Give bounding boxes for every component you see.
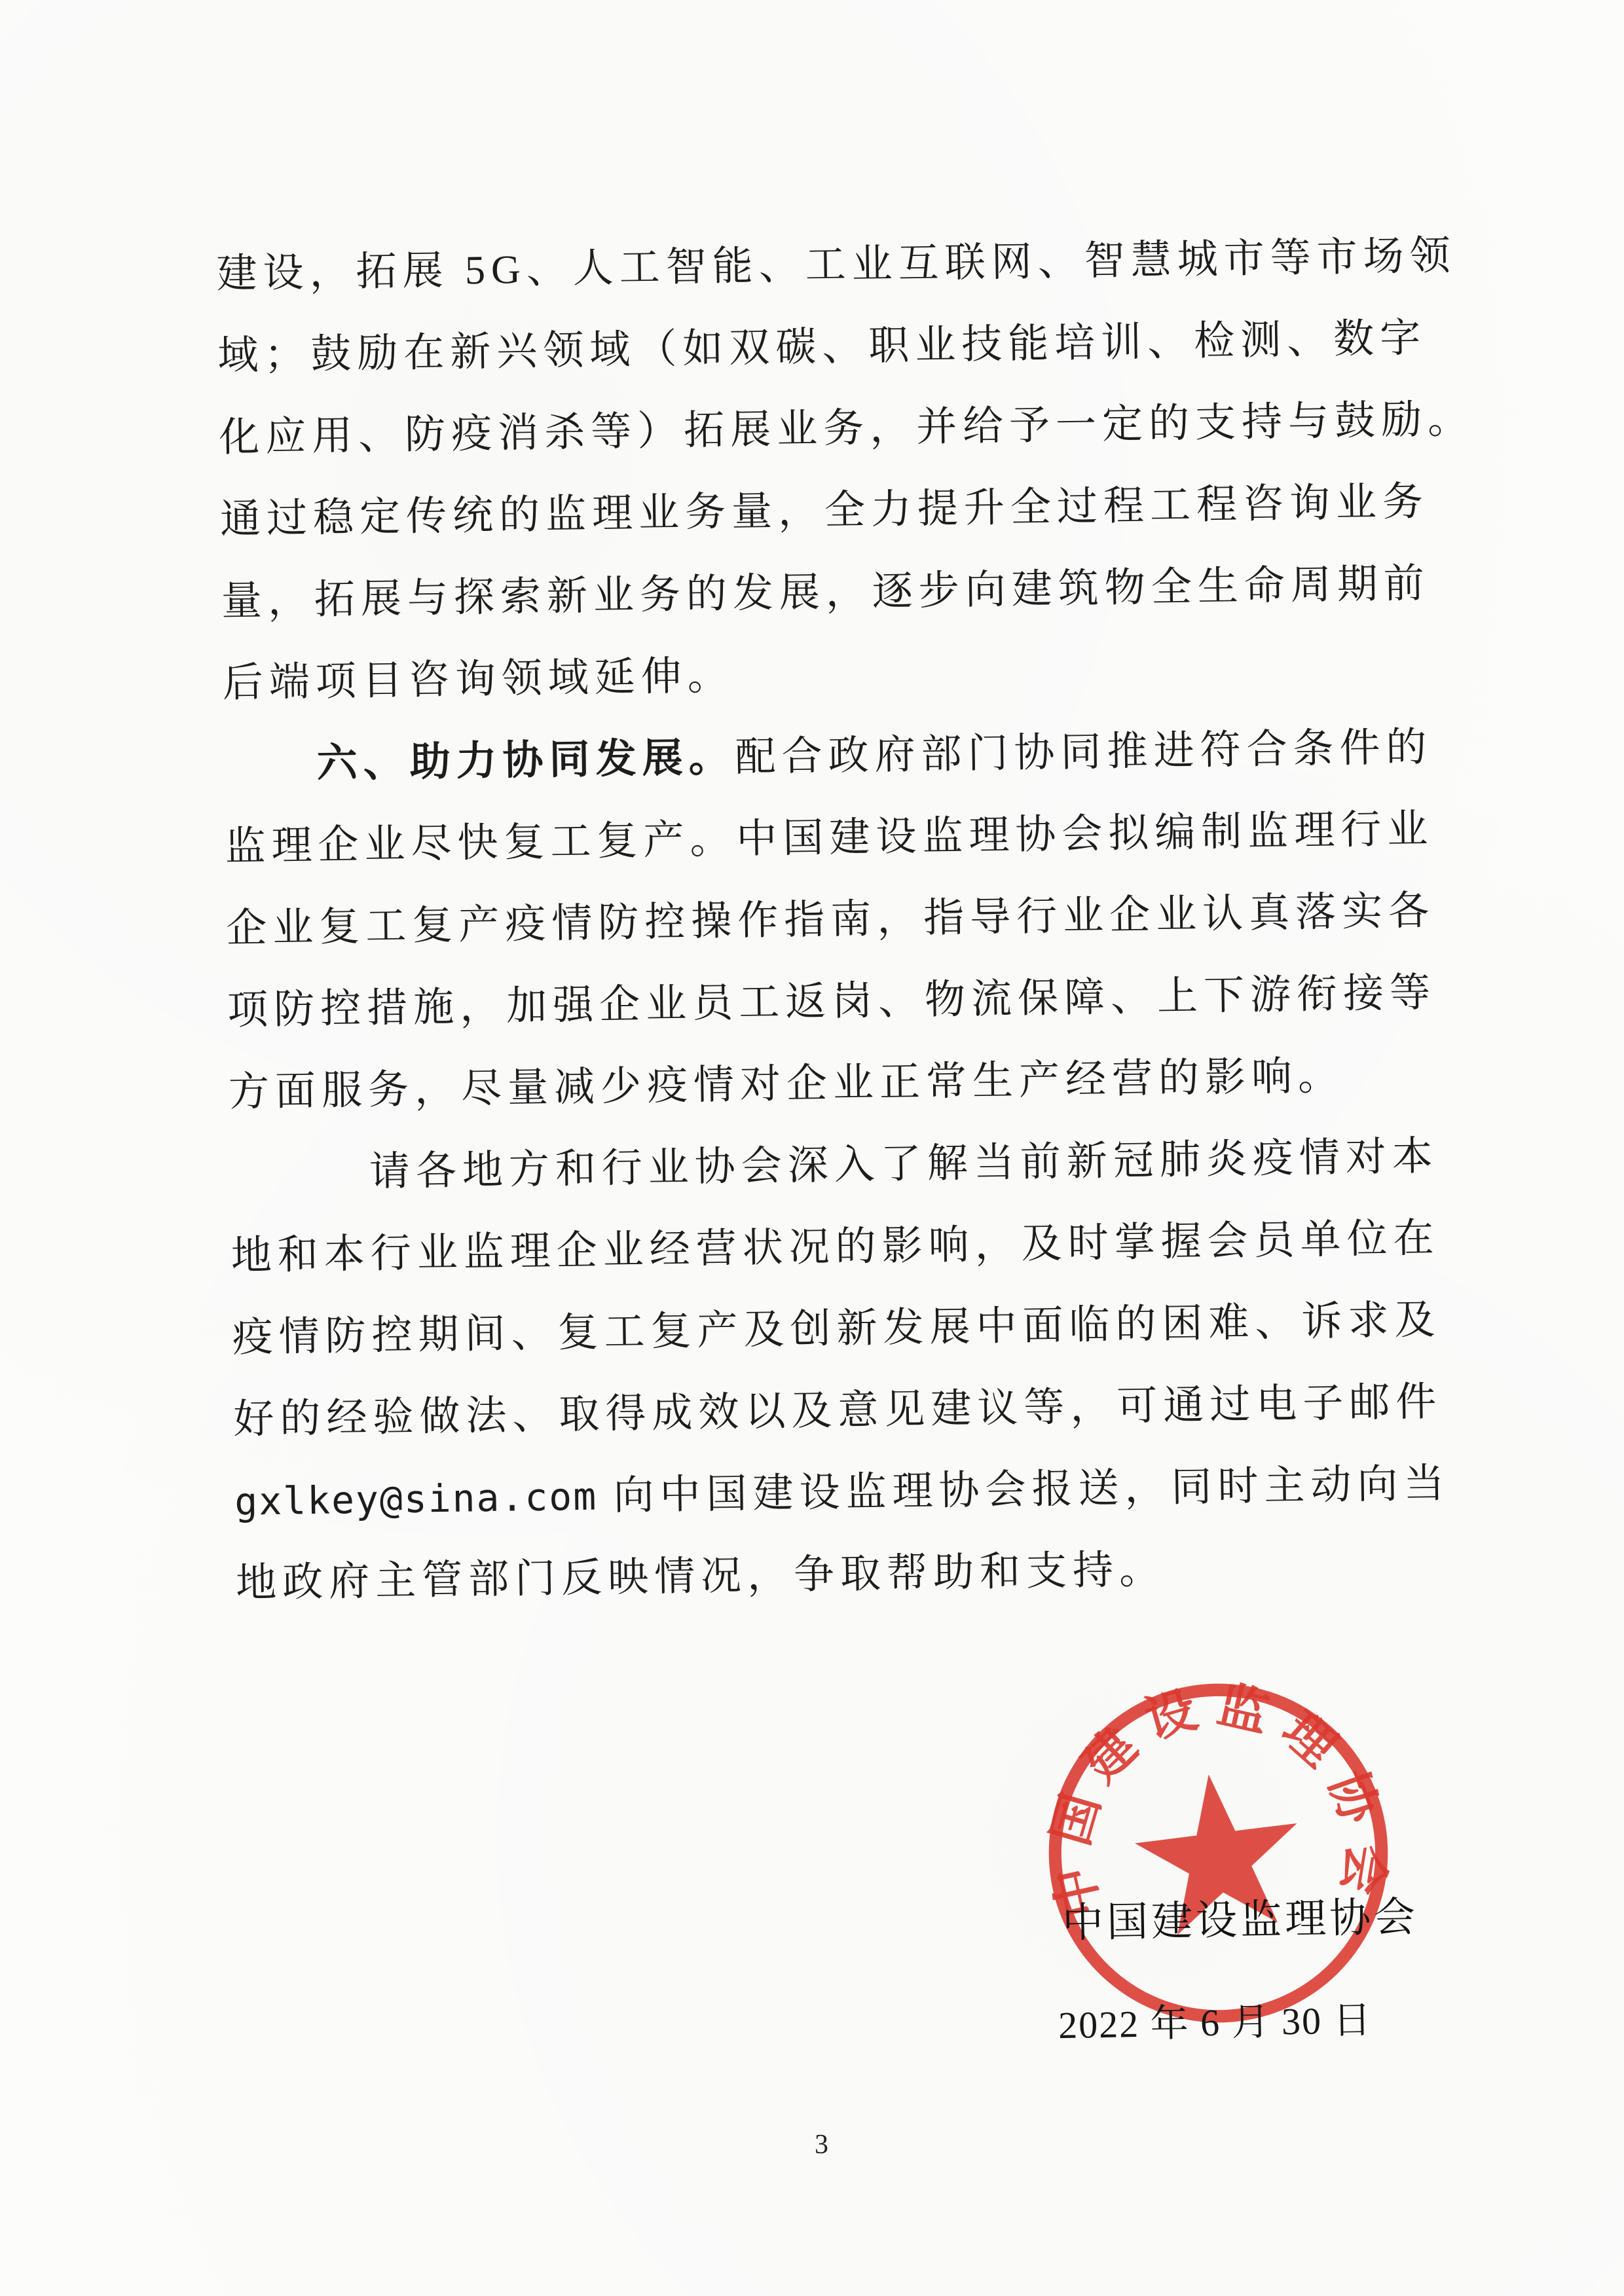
page-number: 3 [815, 2129, 828, 2160]
signature-text: 中国建设监理协会 [1061, 1884, 1419, 1949]
body-line-segment: 六、助力协同发展。 [316, 735, 735, 786]
letter-body: 建设，拓展 5G、人工智能、工业互联网、智慧城市等市场领域；鼓励在新兴领域（如双… [216, 232, 1467, 1641]
body-line-segment: 向中国建设监理协会报送，同时主动向当 [597, 1461, 1450, 1518]
body-line-segment: 配合政府部门协同推进符合条件的 [735, 725, 1433, 780]
date-text: 2022 年 6 月 30 日 [1058, 1989, 1373, 2049]
body-line-segment: 后端项目咨询领域延伸。 [222, 653, 734, 706]
email-address: gxlkey@sina.com [234, 1474, 598, 1524]
